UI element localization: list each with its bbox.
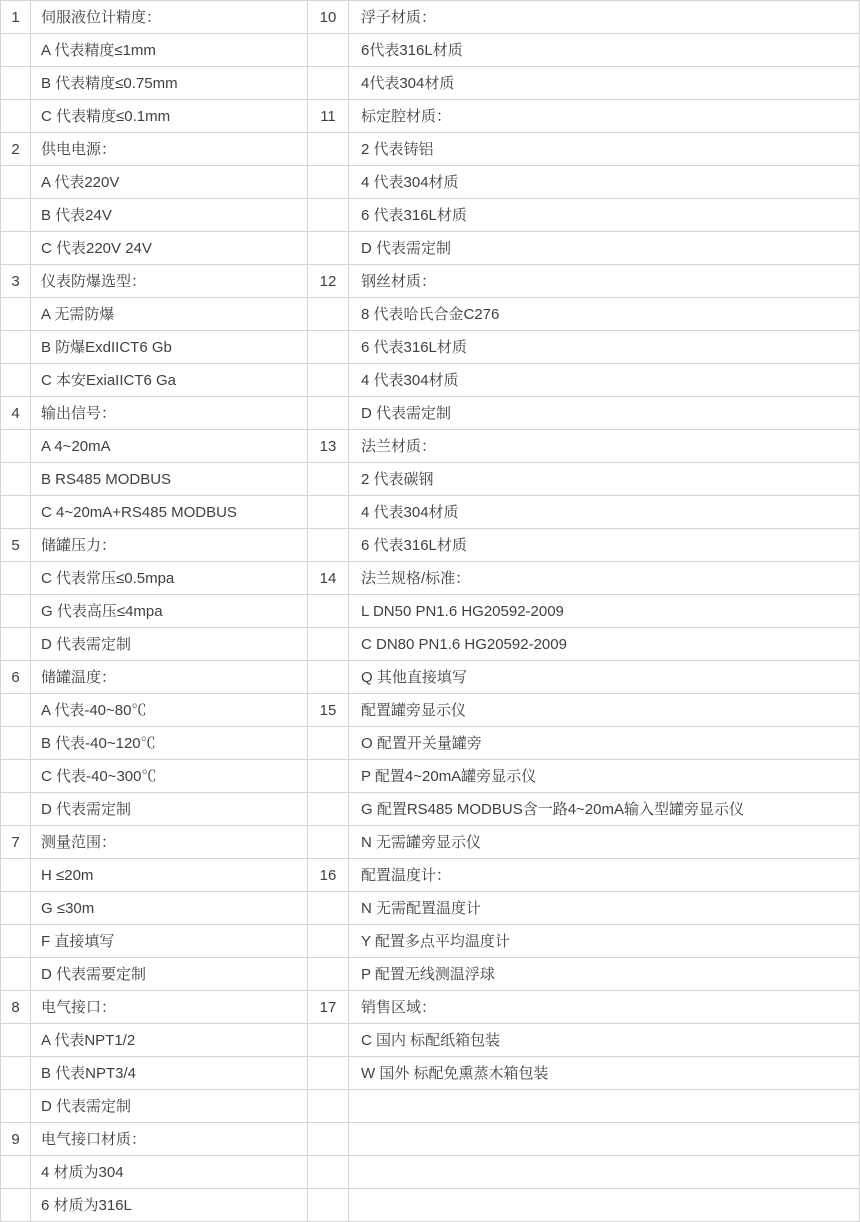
left-item-number-cell xyxy=(1,67,31,100)
right-item-number-cell xyxy=(308,496,349,529)
right-item-number-cell xyxy=(308,133,349,166)
right-item-number-cell: 15 xyxy=(308,694,349,727)
left-item-number-cell xyxy=(1,232,31,265)
left-item-option-cell: B 代表NPT3/4 xyxy=(31,1057,308,1090)
left-item-number-cell: 8 xyxy=(1,991,31,1024)
right-item-number-cell xyxy=(308,331,349,364)
left-item-option-cell: A 代表NPT1/2 xyxy=(31,1024,308,1057)
right-item-option-cell: 2 代表碳钢 xyxy=(349,463,860,496)
right-item-number-cell xyxy=(308,199,349,232)
right-item-option-cell: 8 代表哈氏合金C276 xyxy=(349,298,860,331)
left-item-option-cell: B 代表24V xyxy=(31,199,308,232)
left-item-option-cell: H ≤20m xyxy=(31,859,308,892)
left-item-number-cell: 3 xyxy=(1,265,31,298)
right-item-number-cell xyxy=(308,1123,349,1156)
left-item-number-cell xyxy=(1,562,31,595)
right-item-option-cell: N 无需配置温度计 xyxy=(349,892,860,925)
right-item-number-cell: 17 xyxy=(308,991,349,1024)
left-item-option-cell: B 代表精度≤0.75mm xyxy=(31,67,308,100)
left-item-option-cell: A 代表精度≤1mm xyxy=(31,34,308,67)
left-item-header-cell: 供电电源： xyxy=(31,133,308,166)
right-item-number-cell xyxy=(308,958,349,991)
left-item-number-cell xyxy=(1,34,31,67)
right-item-number-cell xyxy=(308,925,349,958)
right-item-number-cell xyxy=(308,661,349,694)
left-item-option-cell: B 代表-40~120℃ xyxy=(31,727,308,760)
right-item-number-cell xyxy=(308,595,349,628)
left-item-option-cell: C 代表220V 24V xyxy=(31,232,308,265)
right-item-number-cell xyxy=(308,298,349,331)
right-item-option-cell: C 国内 标配纸箱包装 xyxy=(349,1024,860,1057)
left-item-number-cell: 2 xyxy=(1,133,31,166)
right-item-option-cell: Q 其他直接填写 xyxy=(349,661,860,694)
right-item-number-cell xyxy=(308,397,349,430)
right-item-number-cell: 11 xyxy=(308,100,349,133)
right-item-number-cell: 14 xyxy=(308,562,349,595)
left-item-number-cell xyxy=(1,892,31,925)
left-item-option-cell: A 无需防爆 xyxy=(31,298,308,331)
left-item-number-cell xyxy=(1,628,31,661)
right-item-number-cell xyxy=(308,628,349,661)
right-item-number-cell xyxy=(308,463,349,496)
left-item-number-cell xyxy=(1,496,31,529)
left-item-option-cell: D 代表需要定制 xyxy=(31,958,308,991)
left-item-number-cell xyxy=(1,199,31,232)
left-item-number-cell xyxy=(1,958,31,991)
left-item-number-cell xyxy=(1,1090,31,1123)
left-item-option-cell: F 直接填写 xyxy=(31,925,308,958)
right-item-header-cell: 浮子材质： xyxy=(349,1,860,34)
right-item-header-cell: 配置温度计： xyxy=(349,859,860,892)
right-item-number-cell xyxy=(308,34,349,67)
left-item-option-cell: D 代表需定制 xyxy=(31,628,308,661)
left-item-number-cell xyxy=(1,1024,31,1057)
left-item-option-cell: C 代表常压≤0.5mpa xyxy=(31,562,308,595)
left-item-option-cell: A 4~20mA xyxy=(31,430,308,463)
right-item-option-cell: 2 代表铸铝 xyxy=(349,133,860,166)
right-item-number-cell xyxy=(308,826,349,859)
left-item-number-cell xyxy=(1,1057,31,1090)
left-item-number-cell: 1 xyxy=(1,1,31,34)
left-item-number-cell: 5 xyxy=(1,529,31,562)
right-item-option-cell: G 配置RS485 MODBUS含一路4~20mA输入型罐旁显示仪 xyxy=(349,793,860,826)
right-item-number-cell xyxy=(308,67,349,100)
product-ordering-code-table: 1伺服液位计精度：10浮子材质：A 代表精度≤1mm6代表316L材质B 代表精… xyxy=(0,0,860,1222)
right-item-number-cell xyxy=(308,793,349,826)
right-item-header-cell: 法兰规格/标准： xyxy=(349,562,860,595)
right-item-header-cell: 法兰材质： xyxy=(349,430,860,463)
left-item-header-cell: 电气接口： xyxy=(31,991,308,1024)
right-item-number-cell xyxy=(308,1090,349,1123)
left-item-number-cell xyxy=(1,364,31,397)
left-item-option-cell: G ≤30m xyxy=(31,892,308,925)
left-item-number-cell xyxy=(1,1189,31,1222)
right-item-number-cell xyxy=(308,760,349,793)
right-item-header-cell: 销售区域： xyxy=(349,991,860,1024)
right-item-number-cell xyxy=(308,1057,349,1090)
left-item-header-cell: 测量范围： xyxy=(31,826,308,859)
right-item-number-cell: 16 xyxy=(308,859,349,892)
left-item-header-cell: 输出信号： xyxy=(31,397,308,430)
left-item-number-cell xyxy=(1,166,31,199)
left-item-option-cell: C 4~20mA+RS485 MODBUS xyxy=(31,496,308,529)
left-item-number-cell xyxy=(1,793,31,826)
right-item-option-cell: 6 代表316L材质 xyxy=(349,199,860,232)
right-item-option-cell: Y 配置多点平均温度计 xyxy=(349,925,860,958)
right-item-option-cell xyxy=(349,1090,860,1123)
right-item-number-cell: 12 xyxy=(308,265,349,298)
right-item-number-cell xyxy=(308,727,349,760)
left-item-number-cell xyxy=(1,463,31,496)
right-item-option-cell: D 代表需定制 xyxy=(349,232,860,265)
left-item-option-cell: C 代表精度≤0.1mm xyxy=(31,100,308,133)
right-item-option-cell: C DN80 PN1.6 HG20592-2009 xyxy=(349,628,860,661)
right-item-option-cell: L DN50 PN1.6 HG20592-2009 xyxy=(349,595,860,628)
right-item-header-cell: 标定腔材质： xyxy=(349,100,860,133)
right-item-option-cell: 4代表304材质 xyxy=(349,67,860,100)
left-item-header-cell: 仪表防爆选型： xyxy=(31,265,308,298)
right-item-option-cell: P 配置4~20mA罐旁显示仪 xyxy=(349,760,860,793)
left-item-number-cell xyxy=(1,298,31,331)
right-item-number-cell xyxy=(308,364,349,397)
left-item-option-cell: B 防爆ExdIICT6 Gb xyxy=(31,331,308,364)
right-item-number-cell xyxy=(308,529,349,562)
right-item-option-cell: P 配置无线测温浮球 xyxy=(349,958,860,991)
right-item-number-cell xyxy=(308,892,349,925)
left-item-number-cell xyxy=(1,595,31,628)
right-item-option-cell: 4 代表304材质 xyxy=(349,166,860,199)
left-item-option-cell: C 代表-40~300℃ xyxy=(31,760,308,793)
left-item-option-cell: A 代表-40~80℃ xyxy=(31,694,308,727)
right-item-number-cell xyxy=(308,1189,349,1222)
left-item-number-cell: 6 xyxy=(1,661,31,694)
right-item-option-cell: O 配置开关量罐旁 xyxy=(349,727,860,760)
left-item-number-cell xyxy=(1,100,31,133)
left-item-number-cell xyxy=(1,925,31,958)
right-item-option-cell: 4 代表304材质 xyxy=(349,496,860,529)
right-item-option-cell xyxy=(349,1123,860,1156)
left-item-option-cell: G 代表高压≤4mpa xyxy=(31,595,308,628)
left-item-number-cell xyxy=(1,1156,31,1189)
left-item-number-cell xyxy=(1,694,31,727)
left-item-option-cell: D 代表需定制 xyxy=(31,793,308,826)
left-item-header-cell: 电气接口材质： xyxy=(31,1123,308,1156)
left-item-header-cell: 储罐温度： xyxy=(31,661,308,694)
right-item-number-cell xyxy=(308,1024,349,1057)
right-item-option-cell xyxy=(349,1189,860,1222)
left-item-number-cell xyxy=(1,727,31,760)
right-item-option-cell: 6代表316L材质 xyxy=(349,34,860,67)
left-item-number-cell xyxy=(1,760,31,793)
left-item-option-cell: C 本安ExiaIICT6 Ga xyxy=(31,364,308,397)
right-item-header-cell: 钢丝材质： xyxy=(349,265,860,298)
right-item-option-cell xyxy=(349,1156,860,1189)
right-item-option-cell: 6 代表316L材质 xyxy=(349,529,860,562)
right-item-number-cell xyxy=(308,1156,349,1189)
right-item-number-cell xyxy=(308,232,349,265)
left-item-option-cell: 4 材质为304 xyxy=(31,1156,308,1189)
right-item-header-cell: 配置罐旁显示仪 xyxy=(349,694,860,727)
right-item-option-cell: W 国外 标配免熏蒸木箱包装 xyxy=(349,1057,860,1090)
left-item-number-cell xyxy=(1,859,31,892)
right-item-number-cell xyxy=(308,166,349,199)
right-item-number-cell: 10 xyxy=(308,1,349,34)
right-item-option-cell: N 无需罐旁显示仪 xyxy=(349,826,860,859)
left-item-header-cell: 伺服液位计精度： xyxy=(31,1,308,34)
left-item-number-cell: 4 xyxy=(1,397,31,430)
left-item-option-cell: 6 材质为316L xyxy=(31,1189,308,1222)
left-item-option-cell: A 代表220V xyxy=(31,166,308,199)
right-item-number-cell: 13 xyxy=(308,430,349,463)
left-item-option-cell: B RS485 MODBUS xyxy=(31,463,308,496)
left-item-number-cell xyxy=(1,430,31,463)
left-item-number-cell: 9 xyxy=(1,1123,31,1156)
right-item-option-cell: 4 代表304材质 xyxy=(349,364,860,397)
left-item-number-cell: 7 xyxy=(1,826,31,859)
right-item-option-cell: D 代表需定制 xyxy=(349,397,860,430)
left-item-option-cell: D 代表需定制 xyxy=(31,1090,308,1123)
left-item-header-cell: 储罐压力： xyxy=(31,529,308,562)
right-item-option-cell: 6 代表316L材质 xyxy=(349,331,860,364)
left-item-number-cell xyxy=(1,331,31,364)
